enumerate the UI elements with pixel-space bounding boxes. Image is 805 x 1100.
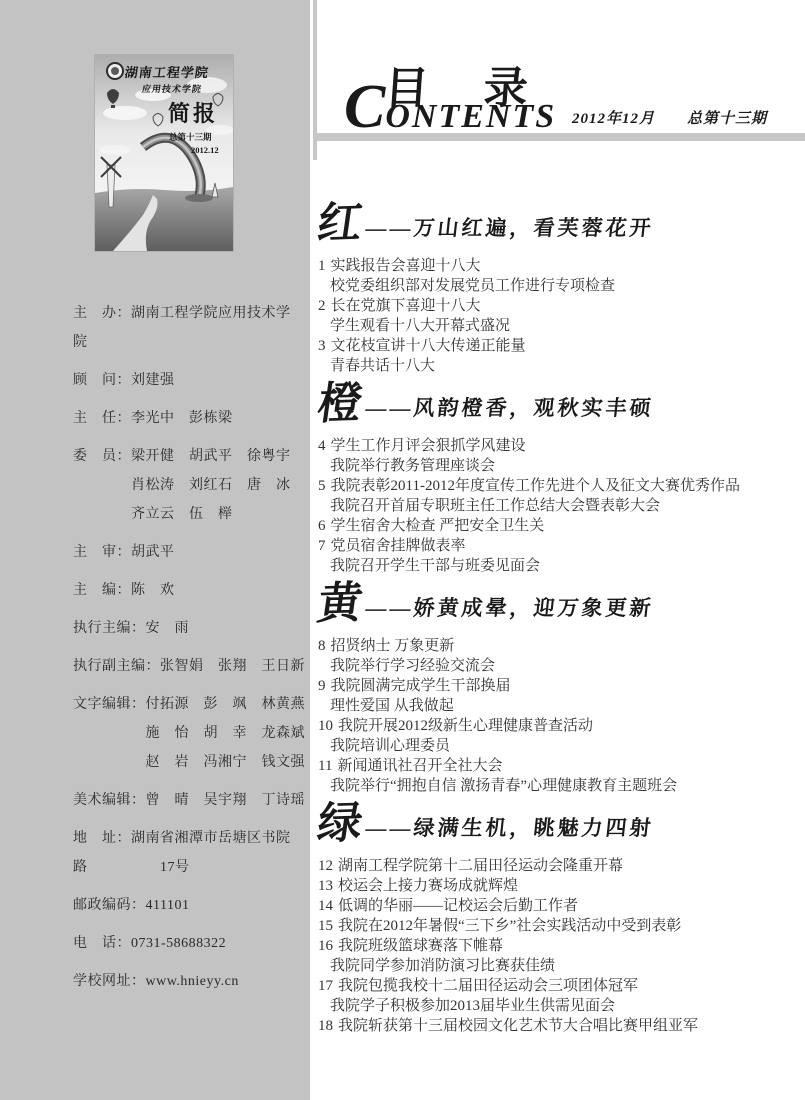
toc-section: 橙 ——风韵橙香，观秋实丰硕 4学生工作月评会狠抓学风建设 我院举行教务管理座谈…	[318, 378, 805, 576]
toc-item: 2长在党旗下喜迎十八大	[318, 296, 805, 316]
toc-item: 16我院班级篮球赛落下帷幕	[318, 936, 805, 956]
toc-item-number: 4	[318, 436, 326, 456]
toc-item-subtitle: 我院召开学生干部与班委见面会	[318, 556, 805, 576]
toc-section: 黄 ——娇黄成晕，迎万象更新 8招贤纳士 万象更新 我院举行学习经验交流会 9我…	[318, 578, 805, 796]
toc-item: 14低调的华丽——记校运会后勤工作者	[318, 896, 805, 916]
masthead-entry: 执行主编：安 雨	[73, 614, 308, 643]
toc-item: 8招贤纳士 万象更新	[318, 636, 805, 656]
masthead-line: 主 审：胡武平	[73, 538, 308, 567]
cover-school-name: 湖南工程学院	[124, 62, 211, 81]
masthead-line: 电 话：0731-58688322	[73, 929, 308, 958]
toc-item: 3文花枝宣讲十八大传递正能量	[318, 336, 805, 356]
toc-item-number: 11	[318, 756, 332, 776]
toc-item: 17我院包揽我校十二届田径运动会三项团体冠军	[318, 976, 805, 996]
toc-item-number: 10	[318, 716, 333, 736]
toc-item-subtitle: 我院同学参加消防演习比赛获佳绩	[318, 956, 805, 976]
toc-item-title: 我院包揽我校十二届田径运动会三项团体冠军	[338, 978, 638, 994]
section-header: 绿 ——绿满生机，眺魅力四射	[318, 798, 805, 850]
toc-item-title: 招贤纳士 万象更新	[331, 638, 455, 654]
toc-item-number: 14	[318, 896, 333, 916]
masthead-line: 执行主编：安 雨	[73, 614, 308, 643]
section-title: ——万山红遍，看芙蓉花开	[364, 206, 656, 242]
masthead-line: 学校网址：www.hnieyy.cn	[73, 967, 308, 996]
toc-item-title: 实践报告会喜迎十八大	[331, 258, 481, 274]
toc-item: 18我院斩获第十三届校园文化艺术节大合唱比赛甲组亚军	[318, 1016, 805, 1036]
toc-item: 9我院圆满完成学生干部换届	[318, 676, 805, 696]
toc-item: 4学生工作月评会狠抓学风建设	[318, 436, 805, 456]
masthead-entry: 主 编：陈 欢	[73, 576, 308, 605]
toc-item: 6学生宿舍大检查 严把安全卫生关	[318, 516, 805, 536]
toc-item-number: 8	[318, 636, 326, 656]
toc-item-number: 9	[318, 676, 326, 696]
toc-item-title: 党员宿舍挂牌做表率	[331, 538, 466, 554]
toc-item-number: 15	[318, 916, 333, 936]
masthead-line: 主 编：陈 欢	[73, 576, 308, 605]
toc-item-subtitle: 校党委组织部对发展党员工作进行专项检查	[318, 276, 805, 296]
toc-item-number: 3	[318, 336, 326, 356]
masthead-line: 执行副主编：张智娟 张翔 王日新	[73, 652, 308, 681]
masthead-entry: 地 址：湖南省湘潭市岳塘区书院路 17号	[73, 824, 308, 882]
toc-item-subtitle: 我院举行教务管理座谈会	[318, 456, 805, 476]
masthead-line: 邮政编码：411101	[73, 891, 308, 920]
masthead-line: 主 办：湖南工程学院应用技术学	[73, 299, 308, 328]
masthead-line: 美术编辑：曾 晴 吴宇翔 丁诗瑶	[73, 786, 308, 815]
masthead-line: 委 员：梁开健 胡武平 徐粤宇	[73, 442, 308, 471]
masthead-line: 赵 岩 冯湘宁 钱文强	[73, 748, 308, 777]
section-header: 黄 ——娇黄成晕，迎万象更新	[318, 578, 805, 630]
section-color-glyph: 橙	[315, 381, 365, 427]
toc-item: 5我院表彰2011-2012年度宣传工作先进个人及征文大赛优秀作品	[318, 476, 805, 496]
cover-image: 湖南工程学院 应用技术学院 简报 总第十三期 2012.12	[95, 55, 233, 251]
masthead-entry: 主 任：李光中 彭栋梁	[73, 404, 308, 433]
toc-item-subtitle: 我院学子积极参加2013届毕业生供需见面会	[318, 996, 805, 1016]
toc-item-subtitle: 理性爱国 从我做起	[318, 696, 805, 716]
cover-issue-number: 总第十三期	[169, 131, 212, 143]
toc-item-title: 新闻通讯社召开全社大会	[337, 758, 502, 774]
section-items: 8招贤纳士 万象更新 我院举行学习经验交流会 9我院圆满完成学生干部换届 理性爱…	[318, 636, 805, 796]
section-color-glyph: 黄	[315, 581, 365, 627]
toc-item-title: 低调的华丽——记校运会后勤工作者	[338, 898, 578, 914]
toc-item-number: 2	[318, 296, 326, 316]
toc-item-number: 18	[318, 1016, 333, 1036]
toc-item-title: 学生工作月评会狠抓学风建设	[331, 438, 526, 454]
cover-date: 2012.12	[191, 145, 219, 155]
section-items: 1实践报告会喜迎十八大 校党委组织部对发展党员工作进行专项检查 2长在党旗下喜迎…	[318, 256, 805, 376]
toc-item-title: 湖南工程学院第十二届田径运动会隆重开幕	[338, 858, 623, 874]
toc-item-number: 16	[318, 936, 333, 956]
masthead-line: 肖松涛 刘红石 唐 冰	[73, 471, 308, 500]
toc-item-title: 我院表彰2011-2012年度宣传工作先进个人及征文大赛优秀作品	[331, 478, 740, 494]
toc-item-number: 12	[318, 856, 333, 876]
toc-list: 红 ——万山红遍，看芙蓉花开 1实践报告会喜迎十八大 校党委组织部对发展党员工作…	[318, 198, 805, 1038]
toc-item: 1实践报告会喜迎十八大	[318, 256, 805, 276]
toc-item-number: 7	[318, 536, 326, 556]
toc-item-subtitle: 我院举行学习经验交流会	[318, 656, 805, 676]
toc-item-title: 文花枝宣讲十八大传递正能量	[331, 338, 526, 354]
toc-item-number: 5	[318, 476, 326, 496]
toc-section: 红 ——万山红遍，看芙蓉花开 1实践报告会喜迎十八大 校党委组织部对发展党员工作…	[318, 198, 805, 376]
toc-item-title: 校运会上接力赛场成就辉煌	[338, 878, 518, 894]
contents-title-english: CONTENTS	[344, 76, 556, 138]
toc-item-title: 学生宿舍大检查 严把安全卫生关	[331, 518, 545, 534]
masthead-entry: 文字编辑：付拓源 彭 飒 林黄燕 施 怡 胡 幸 龙森斌 赵 岩 冯湘宁 钱文强	[73, 690, 308, 777]
section-title: ——绿满生机，眺魅力四射	[364, 806, 656, 842]
toc-item: 12湖南工程学院第十二届田径运动会隆重开幕	[318, 856, 805, 876]
section-header: 橙 ——风韵橙香，观秋实丰硕	[318, 378, 805, 430]
masthead-line: 院	[73, 328, 308, 357]
toc-item: 15我院在2012年暑假“三下乡”社会实践活动中受到表彰	[318, 916, 805, 936]
sidebar-panel: 湖南工程学院 应用技术学院 简报 总第十三期 2012.12 主 办：湖南工程学…	[0, 0, 310, 1100]
section-color-glyph: 绿	[315, 801, 365, 847]
toc-item: 10我院开展2012级新生心理健康普查活动	[318, 716, 805, 736]
masthead-entry: 主 审：胡武平	[73, 538, 308, 567]
section-title: ——风韵橙香，观秋实丰硕	[364, 386, 656, 422]
toc-item: 11新闻通讯社召开全社大会	[318, 756, 805, 776]
toc-item: 7党员宿舍挂牌做表率	[318, 536, 805, 556]
toc-item-subtitle: 我院召开首届专职班主任工作总结大会暨表彰大会	[318, 496, 805, 516]
toc-item-title: 长在党旗下喜迎十八大	[331, 298, 481, 314]
toc-item-title: 我院在2012年暑假“三下乡”社会实践活动中受到表彰	[338, 918, 681, 934]
section-items: 12湖南工程学院第十二届田径运动会隆重开幕 13校运会上接力赛场成就辉煌 14低…	[318, 856, 805, 1036]
masthead-line: 文字编辑：付拓源 彭 飒 林黄燕	[73, 690, 308, 719]
masthead-entry: 邮政编码：411101	[73, 891, 308, 920]
section-title: ——娇黄成晕，迎万象更新	[364, 586, 656, 622]
masthead-line: 顾 问：刘建强	[73, 366, 308, 395]
masthead-line: 施 怡 胡 幸 龙森斌	[73, 719, 308, 748]
section-items: 4学生工作月评会狠抓学风建设 我院举行教务管理座谈会 5我院表彰2011-201…	[318, 436, 805, 576]
toc-item-subtitle: 青春共话十八大	[318, 356, 805, 376]
contents-rest-letters: ONTENTS	[385, 98, 556, 135]
masthead-entry: 美术编辑：曾 晴 吴宇翔 丁诗瑶	[73, 786, 308, 815]
toc-section: 绿 ——绿满生机，眺魅力四射 12湖南工程学院第十二届田径运动会隆重开幕 13校…	[318, 798, 805, 1036]
masthead-entry: 执行副主编：张智娟 张翔 王日新	[73, 652, 308, 681]
contents-initial-letter: C	[344, 73, 385, 141]
masthead-entry: 学校网址：www.hnieyy.cn	[73, 967, 308, 996]
toc-item-title: 我院开展2012级新生心理健康普查活动	[338, 718, 593, 734]
masthead-entry: 电 话：0731-58688322	[73, 929, 308, 958]
masthead-line: 齐立云 伍 榉	[73, 500, 308, 529]
toc-item-title: 我院圆满完成学生干部换届	[331, 678, 511, 694]
toc-item-number: 1	[318, 256, 326, 276]
section-color-glyph: 红	[315, 201, 365, 247]
toc-item-title: 我院斩获第十三届校园文化艺术节大合唱比赛甲组亚军	[338, 1018, 698, 1034]
masthead-entry: 委 员：梁开健 胡武平 徐粤宇 肖松涛 刘红石 唐 冰 齐立云 伍 榉	[73, 442, 308, 529]
toc-item-number: 17	[318, 976, 333, 996]
toc-item-number: 6	[318, 516, 326, 536]
masthead-line: 地 址：湖南省湘潭市岳塘区书院	[73, 824, 308, 853]
issue-date-line: 2012年12月 总第十三期	[572, 107, 767, 128]
toc-item: 13校运会上接力赛场成就辉煌	[318, 876, 805, 896]
masthead-info-block: 主 办：湖南工程学院应用技术学院顾 问：刘建强主 任：李光中 彭栋梁委 员：梁开…	[73, 299, 308, 1005]
masthead-line: 主 任：李光中 彭栋梁	[73, 404, 308, 433]
toc-item-subtitle: 我院举行“拥抱自信 激扬青春”心理健康教育主题班会	[318, 776, 805, 796]
toc-item-subtitle: 我院培训心理委员	[318, 736, 805, 756]
document-page: { "page": { "sidebar_bg": "#c3c3c3", "ba…	[0, 0, 805, 1100]
masthead-entry: 顾 问：刘建强	[73, 366, 308, 395]
masthead-line: 路 17号	[73, 853, 308, 882]
cover-college-name: 应用技术学院	[141, 82, 203, 95]
masthead-entry: 主 办：湖南工程学院应用技术学院	[73, 299, 308, 357]
cover-title: 简报	[168, 97, 218, 128]
toc-item-title: 我院班级篮球赛落下帷幕	[338, 938, 503, 954]
section-header: 红 ——万山红遍，看芙蓉花开	[318, 198, 805, 250]
toc-item-number: 13	[318, 876, 333, 896]
toc-item-subtitle: 学生观看十八大开幕式盛况	[318, 316, 805, 336]
